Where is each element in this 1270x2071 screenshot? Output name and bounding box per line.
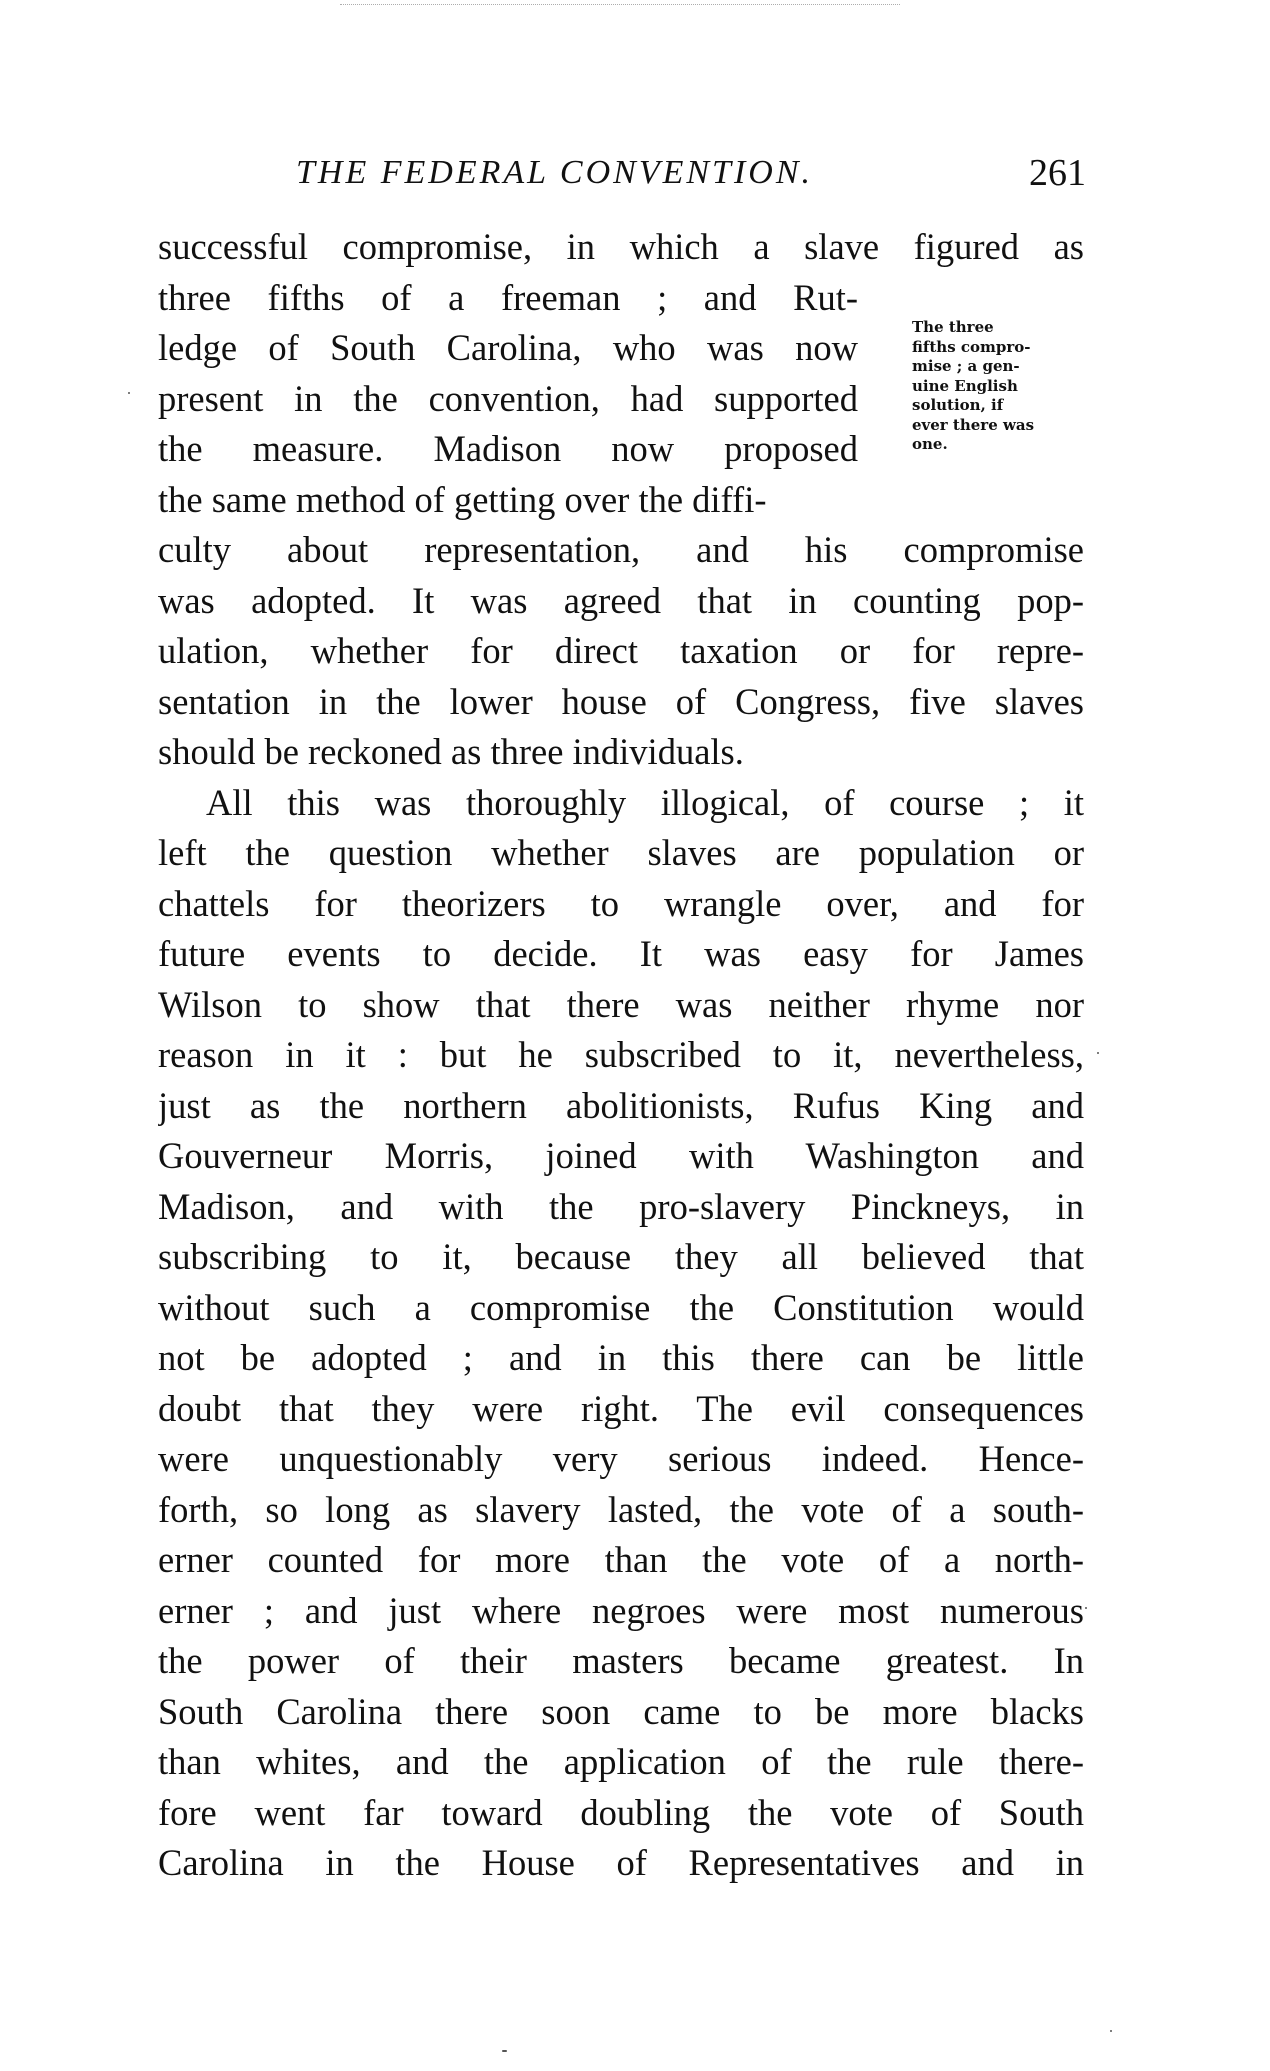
text-line: three fifths of a freeman ; and Rut- bbox=[158, 273, 858, 324]
text-line: erner counted for more than the vote of … bbox=[158, 1535, 1084, 1586]
text-line: erner ; and just where negroes were most… bbox=[158, 1586, 1084, 1637]
text-line: ulation, whether for direct taxation or … bbox=[158, 626, 1084, 677]
text-line: was adopted. It was agreed that in count… bbox=[158, 576, 1084, 627]
text-line: Wilson to show that there was neither rh… bbox=[158, 980, 1084, 1031]
text-line: present in the convention, had supported bbox=[158, 374, 858, 425]
text-line: Carolina in the House of Representatives… bbox=[158, 1838, 1084, 1889]
text-line: fore went far toward doubling the vote o… bbox=[158, 1788, 1084, 1839]
text-line: successful compromise, in which a slave … bbox=[158, 222, 1084, 273]
text-line: sentation in the lower house of Congress… bbox=[158, 677, 1084, 728]
book-page: THE FEDERAL CONVENTION. 261 The three fi… bbox=[0, 0, 1270, 2071]
text-line: than whites, and the application of the … bbox=[158, 1737, 1084, 1788]
text-line: subscribing to it, because they all beli… bbox=[158, 1232, 1084, 1283]
text-line: without such a compromise the Constituti… bbox=[158, 1283, 1084, 1334]
body-text: successful compromise, in which a slave … bbox=[158, 222, 1084, 1889]
text-line: not be adopted ; and in this there can b… bbox=[158, 1333, 1084, 1384]
text-line: the measure. Madison now proposed bbox=[158, 424, 858, 475]
scan-speck bbox=[1110, 2030, 1112, 2032]
text-line: should be reckoned as three individuals. bbox=[158, 727, 1084, 778]
text-line: reason in it : but he subscribed to it, … bbox=[158, 1030, 1084, 1081]
scan-artifact bbox=[340, 4, 900, 7]
text-line: forth, so long as slavery lasted, the vo… bbox=[158, 1485, 1084, 1536]
text-line: left the question whether slaves are pop… bbox=[158, 828, 1084, 879]
text-line: chattels for theorizers to wrangle over,… bbox=[158, 879, 1084, 930]
scan-speck bbox=[502, 2050, 507, 2052]
text-line: Gouverneur Morris, joined with Washingto… bbox=[158, 1131, 1084, 1182]
scan-speck bbox=[128, 392, 130, 394]
text-line: ledge of South Carolina, who was now bbox=[158, 323, 858, 374]
running-title: THE FEDERAL CONVENTION. bbox=[296, 148, 813, 198]
scan-speck bbox=[1097, 1052, 1099, 1054]
text-line: just as the northern abolitionists, Rufu… bbox=[158, 1081, 1084, 1132]
running-head: THE FEDERAL CONVENTION. 261 bbox=[296, 148, 1086, 198]
text-line: the power of their masters became greate… bbox=[158, 1636, 1084, 1687]
page-number: 261 bbox=[1029, 148, 1086, 198]
text-line: doubt that they were right. The evil con… bbox=[158, 1384, 1084, 1435]
text-line: were unquestionably very serious indeed.… bbox=[158, 1434, 1084, 1485]
text-line: Madison, and with the pro-slavery Pinckn… bbox=[158, 1182, 1084, 1233]
text-line: All this was thoroughly illogical, of co… bbox=[158, 778, 1084, 829]
text-line: South Carolina there soon came to be mor… bbox=[158, 1687, 1084, 1738]
text-line: the same method of getting over the diff… bbox=[158, 475, 858, 526]
scan-speck bbox=[1085, 1607, 1087, 1609]
text-line: culty about representation, and his comp… bbox=[158, 525, 1084, 576]
text-line: future events to decide. It was easy for… bbox=[158, 929, 1084, 980]
